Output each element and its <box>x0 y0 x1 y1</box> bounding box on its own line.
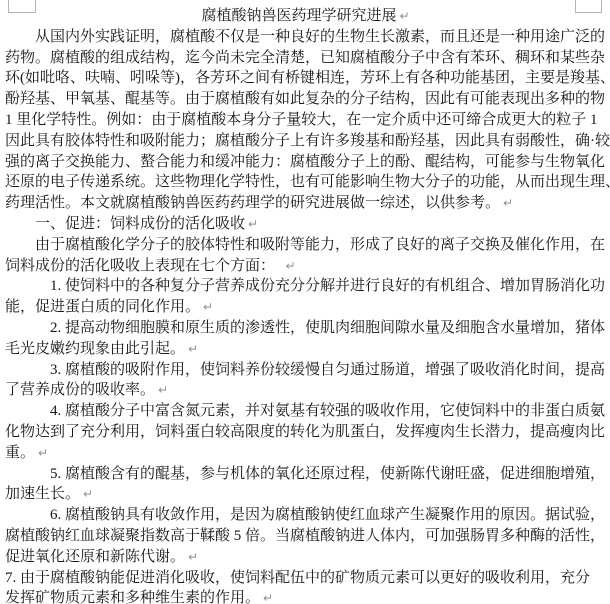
line-text: 从国内外实践证明，腐植酸不仅是一种良好的生物生长激素，而且还是一种用途广泛的 <box>35 29 605 45</box>
line-text: 加速生长。 <box>5 486 80 502</box>
paragraph-mark-icon: ↵ <box>248 217 258 231</box>
text-line: 发挥矿物质元素和多种维生素的作用。↵ <box>5 588 606 604</box>
text-line: 药物。腐植酸的组成结构，迄今尚未完全清楚，已知腐植酸分子中含有苯环、稠环和某些杂 <box>5 48 606 69</box>
text-line: 6. 腐植酸钠具有收敛作用，是因为腐植酸钠使红血球产生凝聚作用的原因。据试验， <box>5 505 606 526</box>
line-text: 腐植酸钠红血球凝聚指数高于鞣酸 5 倍。当腐植酸钠进人体内，可加强肠胃多种酶的活… <box>5 528 605 544</box>
text-line: 酚羟基、甲氧基、醌基等。由于腐植酸有如此复杂的分子结构，因此有可能表现出多种的物 <box>5 89 606 110</box>
text-line: 因此具有胶体特性和吸附能力；腐植酸分子上有许多羧基和酚羟基，因此具有弱酸性，确·… <box>5 131 606 152</box>
text-line: 5. 腐植酸含有的醌基，参与机体的氧化还原过程，使新陈代谢旺盛，促进细胞增殖， <box>5 464 606 485</box>
line-text: 2. 提高动物细胞膜和原生质的渗透性，使肌肉细胞间隙水量及细胞含水量增加，猪体 <box>50 320 605 336</box>
line-text: 3. 腐植酸的吸附作用，使饲料养份较缓慢自匀通过肠道，增强了吸收消化时间，提高 <box>50 362 605 378</box>
line-text: 6. 腐植酸钠具有收敛作用，是因为腐植酸钠使红血球产生凝聚作用的原因。据试验， <box>50 507 605 523</box>
text-line: 重。↵ <box>5 443 606 464</box>
line-text: 能，促进蛋白质的同化作用。 <box>5 299 200 315</box>
text-line: 腐植酸钠红血球凝聚指数高于鞣酸 5 倍。当腐植酸钠进人体内，可加强肠胃多种酶的活… <box>5 526 606 547</box>
line-text: 1 里化学特性。例如：由于腐植酸本身分子量较大，在一定介质中还可缔合成更大的粒子… <box>5 112 598 128</box>
text-line: 1 里化学特性。例如：由于腐植酸本身分子量较大，在一定介质中还可缔合成更大的粒子… <box>5 110 606 131</box>
text-line: 从国内外实践证明，腐植酸不仅是一种良好的生物生长激素，而且还是一种用途广泛的 <box>5 27 606 48</box>
line-text: 促进氧化还原和新陈代谢。 <box>5 549 185 565</box>
document-page: 腐植酸钠兽医药理学研究进展↵从国内外实践证明，腐植酸不仅是一种良好的生物生长激素… <box>0 0 610 604</box>
text-line: 1. 使饲料中的各种复分子营养成份充分分解并进行良好的有机组合、增加胃肠消化功 <box>5 276 606 297</box>
line-text: 药物。腐植酸的组成结构，迄今尚未完全清楚，已知腐植酸分子中含有苯环、稠环和某些杂 <box>5 50 605 66</box>
text-line: 7. 由于腐植酸钠能促进消化吸收，使饲料配伍中的矿物质元素可以更好的吸收利用，充… <box>5 568 606 589</box>
line-text: 药理活性。本文就腐植酸钠兽医药药理学的研究进展做一综述，以供参考。 <box>5 195 500 211</box>
paragraph-mark-icon: ↵ <box>158 383 168 397</box>
text-line: 3. 腐植酸的吸附作用，使饲料养份较缓慢自匀通过肠道，增强了吸收消化时间，提高 <box>5 360 606 381</box>
document-body: 腐植酸钠兽医药理学研究进展↵从国内外实践证明，腐植酸不仅是一种良好的生物生长激素… <box>5 6 606 604</box>
line-text: 7. 由于腐植酸钠能促进消化吸收，使饲料配伍中的矿物质元素可以更好的吸收利用，充… <box>5 570 590 586</box>
document-title: 腐植酸钠兽医药理学研究进展↵ <box>5 6 606 27</box>
text-line: 由于腐植酸化学分子的胶体特性和吸附等能力，形成了良好的离子交换及催化作用，在 <box>5 235 606 256</box>
text-line: 毛光皮嫩约现象由此引起。↵ <box>5 339 606 360</box>
paragraph-mark-icon: ↵ <box>286 259 296 273</box>
line-text: 因此具有胶体特性和吸附能力；腐植酸分子上有许多羧基和酚羟基，因此具有弱酸性，确·… <box>5 133 610 149</box>
paragraph-mark-icon: ↵ <box>188 550 198 564</box>
paragraph-mark-icon: ↵ <box>399 9 409 23</box>
line-text: 发挥矿物质元素和多种维生素的作用。 <box>5 590 260 604</box>
line-text: 环(如吡咯、呋喃、吲哚等)，各芳环之间有桥键相连，芳环上有各种功能基团，主要是羧… <box>5 70 610 86</box>
line-text: 饲料成份的活化吸收上表现在七个方面： <box>5 258 283 274</box>
text-line: 2. 提高动物细胞膜和原生质的渗透性，使肌肉细胞间隙水量及细胞含水量增加，猪体 <box>5 318 606 339</box>
text-line: 强的离子交换能力、螯合能力和缓冲能力：腐植酸分子上的酚、醌结构，可能参与生物氧化 <box>5 152 606 173</box>
text-line: 4. 腐植酸分子中富含氮元素，并对氨基有较强的吸收作用，它使饲料中的非蛋白质氨 <box>5 401 606 422</box>
line-text: 5. 腐植酸含有的醌基，参与机体的氧化还原过程，使新陈代谢旺盛，促进细胞增殖， <box>50 466 605 482</box>
text-line: 促进氧化还原和新陈代谢。↵ <box>5 547 606 568</box>
line-text: 酚羟基、甲氧基、醌基等。由于腐植酸有如此复杂的分子结构，因此有可能表现出多种的物 <box>5 91 605 107</box>
text-line: 环(如吡咯、呋喃、吲哚等)，各芳环之间有桥键相连，芳环上有各种功能基团，主要是羧… <box>5 68 606 89</box>
paragraph-mark-icon: ↵ <box>203 300 213 314</box>
line-text: 了营养成份的吸收率。 <box>5 382 155 398</box>
line-text: 4. 腐植酸分子中富含氮元素，并对氨基有较强的吸收作用，它使饲料中的非蛋白质氨 <box>50 403 605 419</box>
line-text: 重。 <box>5 445 35 461</box>
paragraph-mark-icon: ↵ <box>83 487 93 501</box>
text-line: 还原的电子传递系统。这些物理化学特性，也有可能影响生物大分子的功能，从而出现生理… <box>5 172 606 193</box>
text-line: 药理活性。本文就腐植酸钠兽医药药理学的研究进展做一综述，以供参考。↵ <box>5 193 606 214</box>
text-line: 化物达到了充分利用，饲料蛋白较高限度的转化为肌蛋白，发挥瘦肉生长潜力，提高瘦肉比 <box>5 422 606 443</box>
line-text: 1. 使饲料中的各种复分子营养成份充分分解并进行良好的有机组合、增加胃肠消化功 <box>50 278 605 294</box>
text-line: 加速生长。↵ <box>5 484 606 505</box>
line-text: 还原的电子传递系统。这些物理化学特性，也有可能影响生物大分子的功能，从而出现生理… <box>5 174 610 190</box>
line-text: 一、促进：饲料成份的活化吸收 <box>35 216 245 232</box>
line-text: 强的离子交换能力、螯合能力和缓冲能力：腐植酸分子上的酚、醌结构，可能参与生物氧化 <box>5 154 605 170</box>
text-line: 饲料成份的活化吸收上表现在七个方面： ↵ <box>5 256 606 277</box>
paragraph-mark-icon: ↵ <box>503 196 513 210</box>
paragraph-mark-icon: ↵ <box>263 591 273 604</box>
text-line: 能，促进蛋白质的同化作用。↵ <box>5 297 606 318</box>
paragraph-mark-icon: ↵ <box>188 342 198 356</box>
paragraph-mark-icon: ↵ <box>38 446 48 460</box>
text-line: 一、促进：饲料成份的活化吸收↵ <box>5 214 606 235</box>
line-text: 由于腐植酸化学分子的胶体特性和吸附等能力，形成了良好的离子交换及催化作用，在 <box>35 237 605 253</box>
line-text: 化物达到了充分利用，饲料蛋白较高限度的转化为肌蛋白，发挥瘦肉生长潜力，提高瘦肉比 <box>5 424 605 440</box>
line-text: 毛光皮嫩约现象由此引起。 <box>5 341 185 357</box>
text-line: 了营养成份的吸收率。↵ <box>5 380 606 401</box>
line-text: 腐植酸钠兽医药理学研究进展 <box>201 8 396 24</box>
